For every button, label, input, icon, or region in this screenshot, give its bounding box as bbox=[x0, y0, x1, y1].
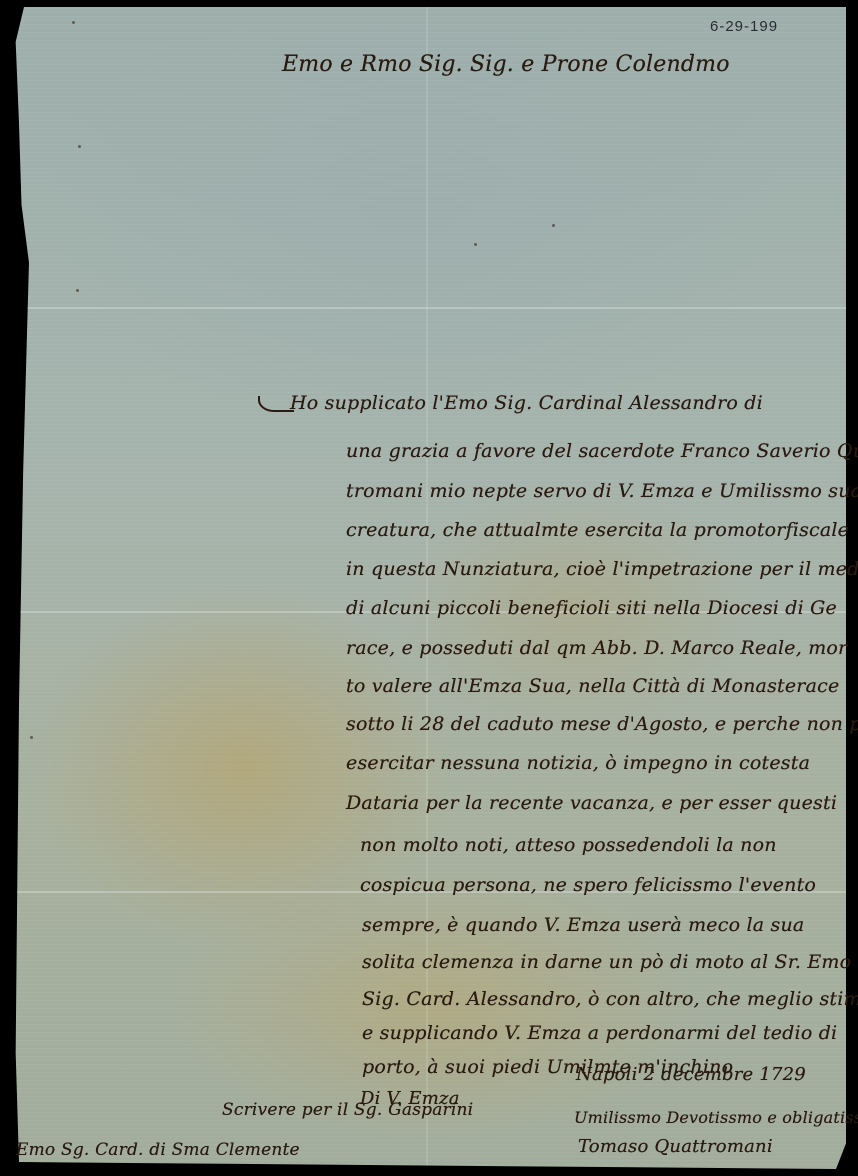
body-line: creatura, che attualmte esercita la prom… bbox=[346, 519, 849, 541]
signature-name: Tomaso Quattromani bbox=[578, 1136, 773, 1157]
body-line: sotto li 28 del caduto mese d'Agosto, e … bbox=[346, 713, 858, 735]
body-line: sempre, è quando V. Emza userà meco la s… bbox=[362, 914, 804, 936]
signature-courtesy: Umilissmo Devotissmo e obligatissmo bbox=[574, 1108, 858, 1127]
body-line: cospicua persona, ne spero felicissmo l'… bbox=[360, 874, 816, 896]
paper-speck bbox=[552, 224, 555, 227]
place-and-date: Napoli 2 decembre 1729 bbox=[576, 1064, 806, 1085]
body-line: in questa Nunziatura, cioè l'impetrazion… bbox=[346, 558, 858, 580]
body-line: Dataria per la recente vacanza, e per es… bbox=[346, 792, 837, 814]
endorsement-note: Scrivere per il Sg. Gasparini bbox=[222, 1100, 473, 1120]
paper-speck bbox=[30, 736, 33, 739]
body-line: esercitar nessuna notizia, ò impegno in … bbox=[346, 752, 810, 774]
body-line: to valere all'Emza Sua, nella Città di M… bbox=[346, 675, 839, 697]
archive-number: 6-29-199 bbox=[710, 18, 778, 35]
paper-speck bbox=[76, 289, 79, 292]
opening-flourish bbox=[258, 396, 294, 412]
body-line: di alcuni piccoli beneficioli siti nella… bbox=[346, 597, 837, 619]
fold-crease bbox=[14, 307, 846, 309]
paper-speck bbox=[72, 21, 75, 24]
paper-speck bbox=[78, 145, 81, 148]
body-line: tromani mio nepte servo di V. Emza e Umi… bbox=[346, 480, 858, 502]
body-line: non molto noti, atteso possedendoli la n… bbox=[360, 834, 777, 856]
paper-speck bbox=[474, 243, 477, 246]
body-line: Sig. Card. Alessandro, ò con altro, che … bbox=[362, 988, 858, 1010]
body-line: una grazia a favore del sacerdote Franco… bbox=[346, 440, 858, 462]
salutation: Emo e Rmo Sig. Sig. e Prone Colendmo bbox=[282, 52, 730, 77]
body-line: race, e posseduti dal qm Abb. D. Marco R… bbox=[346, 637, 847, 659]
body-line: Ho supplicato l'Emo Sig. Cardinal Alessa… bbox=[290, 392, 763, 414]
body-line: e supplicando V. Emza a perdonarmi del t… bbox=[362, 1022, 837, 1044]
body-line: solita clemenza in darne un pò di moto a… bbox=[362, 951, 851, 973]
endorsement-addressee: Emo Sg. Card. di Sma Clemente bbox=[16, 1140, 300, 1160]
